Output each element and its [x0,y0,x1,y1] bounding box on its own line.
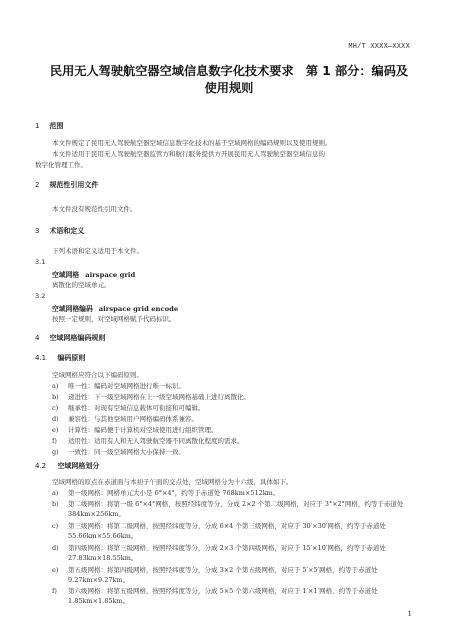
list-item: f)第六级网格：将第五级网格，按照经纬度等分，分成 5×5 个第六级网格，对应于… [52,586,416,607]
term-en: airspace grid [85,271,135,279]
list-text: 第三级网格：将第二级网格，按照经纬度等分，分成 6×4 个第三级网格，对应于 3… [68,521,416,542]
list-marker: c) [52,403,58,413]
standard-number: MH/T XXXX—XXXX [348,43,410,51]
list-item: c)继承性：对现有空域信息载体可衔接和可编辑。 [52,403,416,413]
term-heading: 空域网格编码airspace grid encode [52,303,178,313]
section-title: 规范性引用文件 [49,181,98,189]
list-item: b)递进性：下一级空域网格在上一级空域网格基础上进行离散化。 [52,392,416,402]
list-text: 计算性：编码便于计算机对空域使用进行组织管理。 [68,425,416,435]
paragraph: 空域网格的原点在赤道面与本初子午面的交点处，空域网格分为十六级，具体如下。 [52,477,416,487]
section-4-heading: 4 空域网格编码规则 [35,333,105,343]
section-number: 3 [35,227,47,235]
list-marker: d) [52,543,59,553]
list-text: 唯一性：编码对空域网格进行唯一标识。 [68,381,416,391]
section-title: 范围 [49,122,63,130]
list-text: 第一级网格：网格单元大小是 6°×4°，约等于赤道处 768km×512km。 [68,488,416,498]
section-2-heading: 2 规范性引用文件 [35,180,98,190]
list-item: d)第四级网格：将第三级网格，按照经纬度等分，分成 2×3 个第四级网格，对应于… [52,543,416,564]
list-marker: c) [52,521,58,531]
paragraph: 本文件适用于民用无人驾驶航空器监管方和航行服务提供方开展民用无人驾驶航空器空域信… [52,149,416,159]
paragraph: 下列术语和定义适用于本文件。 [52,246,416,256]
term-number: 3.1 [35,258,45,266]
section-number: 1 [35,122,47,130]
list-marker: f) [52,586,57,596]
list-text: 第五级网格：将第四级网格，按照经纬度等分，分成 3×2 个第五级网格，对应于 5… [68,565,416,586]
document-page: MH/T XXXX—XXXX 民用无人驾驶航空器空域信息数字化技术要求 第 1 … [0,0,458,628]
title-line-1: 民用无人驾驶航空器空域信息数字化技术要求 第 1 部分：编码及 [30,63,428,80]
list-text: 继承性：对现有空域信息载体可衔接和可编辑。 [68,403,416,413]
list-marker: f) [52,436,57,446]
term-definition: 按照一定规则，对空域网格赋予代码标识。 [52,314,416,324]
section-4-2-heading: 4.2 空域网格划分 [35,461,99,471]
list-item: a)唯一性：编码对空域网格进行唯一标识。 [52,381,416,391]
list-item: e)计算性：编码便于计算机对空域使用进行组织管理。 [52,425,416,435]
term-definition: 离散化的空域单元。 [52,280,416,290]
page-number: 1 [408,610,412,618]
list-marker: e) [52,565,58,575]
term-heading: 空域网格airspace grid [52,269,135,279]
list-text: 兼容性：与其他空域用户网格编码体系兼容。 [68,414,416,424]
section-title: 空域网格划分 [57,462,99,470]
paragraph: 本文件规定了民用无人驾驶航空器空域信息数字化技术的基于空域网格的编码规则以及使用… [52,138,416,148]
section-3-heading: 3 术语和定义 [35,226,84,236]
section-number: 4.2 [35,462,55,470]
section-number: 4 [35,334,47,342]
list-item: c)第三级网格：将第二级网格，按照经纬度等分，分成 6×4 个第三级网格，对应于… [52,521,416,542]
list-marker: g) [52,447,59,457]
list-item: b)第二级网格：将第一级 6°×4°网格，按照经纬度等分，分成 2×2 个第二级… [52,499,416,520]
list-text: 第四级网格：将第三级网格，按照经纬度等分，分成 2×3 个第四级网格，对应于 1… [68,543,416,564]
section-number: 2 [35,181,47,189]
section-title: 术语和定义 [49,227,84,235]
list-text: 第六级网格：将第五级网格，按照经纬度等分，分成 5×5 个第六级网格，对应于 1… [68,586,416,607]
section-number: 4.1 [35,354,55,362]
list-text: 第二级网格：将第一级 6°×4°网格，按照经纬度等分，分成 2×2 个第二级网格… [68,499,416,520]
list-item: d)兼容性：与其他空域用户网格编码体系兼容。 [52,414,416,424]
paragraph: 本文件没有规范性引用文件。 [52,204,416,214]
list-item: a)第一级网格：网格单元大小是 6°×4°，约等于赤道处 768km×512km… [52,488,416,498]
list-text: 适用性：适用有人和无人驾驶航空器不同离散化程度的需求。 [68,436,416,446]
list-item: f)适用性：适用有人和无人驾驶航空器不同离散化程度的需求。 [52,436,416,446]
list-text: 一致性：同一级空域网格大小保持一致。 [68,447,416,457]
list-marker: a) [52,381,58,391]
section-1-heading: 1 范围 [35,121,63,131]
list-marker: b) [52,499,59,509]
list-marker: b) [52,392,59,402]
list-item: g)一致性：同一级空域网格大小保持一致。 [52,447,416,457]
paragraph: 空域网格应符合以下编码原则。 [52,370,416,380]
term-zh: 空域网格 [52,271,79,279]
title-line-2: 使用规则 [30,80,428,97]
section-4-1-heading: 4.1 编码原则 [35,353,85,363]
section-title: 编码原则 [57,354,85,362]
document-title: 民用无人驾驶航空器空域信息数字化技术要求 第 1 部分：编码及 使用规则 [30,63,428,97]
paragraph: 数字化管理工作。 [35,160,416,170]
section-title: 空域网格编码规则 [49,334,105,342]
list-item: e)第五级网格：将第四级网格，按照经纬度等分，分成 3×2 个第五级网格，对应于… [52,565,416,586]
list-marker: a) [52,488,58,498]
list-marker: e) [52,425,58,435]
list-text: 递进性：下一级空域网格在上一级空域网格基础上进行离散化。 [68,392,416,402]
term-zh: 空域网格编码 [52,305,93,313]
term-en: airspace grid encode [99,305,178,313]
list-marker: d) [52,414,59,424]
term-number: 3.2 [35,292,45,300]
